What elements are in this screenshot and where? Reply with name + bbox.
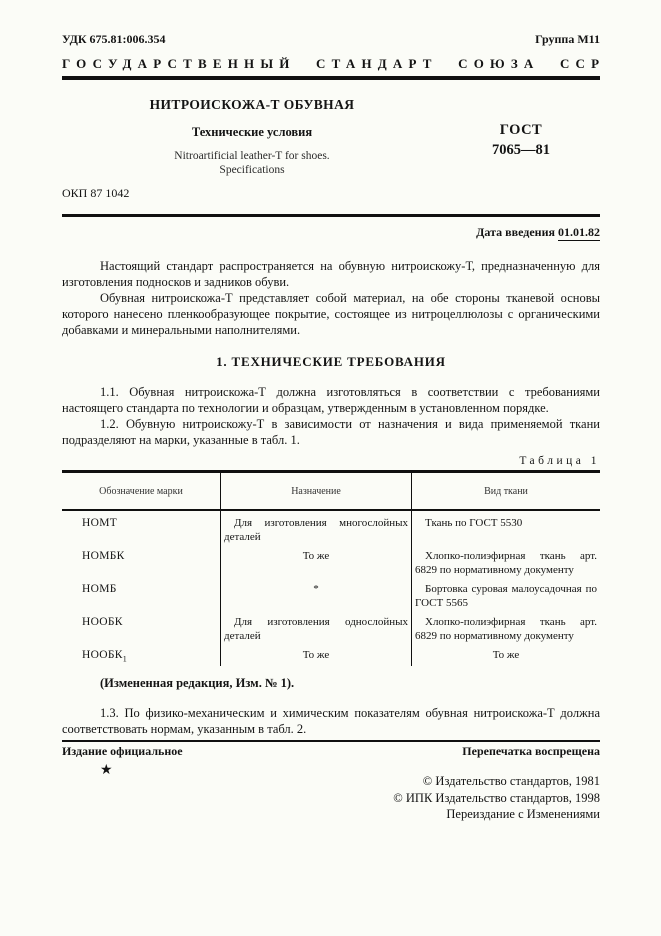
copyright-line-3: Переиздание с Изменениями — [62, 806, 600, 823]
page-content: УДК 675.81:006.354 Группа М11 ГОСУДАРСТВ… — [62, 0, 600, 737]
separator-rule — [62, 214, 600, 218]
title-en-line2: Specifications — [62, 163, 442, 177]
gost-number: 7065—81 — [442, 142, 600, 159]
cell-purpose: То же — [221, 544, 412, 577]
page-footer: Издание официальное Перепечатка воспреще… — [62, 740, 600, 823]
document-title-english: Nitroartificial leather-T for shoes. Spe… — [62, 149, 442, 177]
classification-row: УДК 675.81:006.354 Группа М11 — [62, 32, 600, 47]
table-row: НОМТ Для изготовления многослойных детал… — [62, 511, 600, 544]
intro-paragraph-2: Обувная нитроискожа-Т представляет собой… — [62, 290, 600, 338]
table-row: НОМБК То же Хлопко-полиэфирная ткань арт… — [62, 544, 600, 577]
cell-mark: НООБК — [62, 610, 221, 643]
title-en-line1: Nitroartificial leather-T for shoes. — [62, 149, 442, 163]
table-row: НООБК1 То же То же — [62, 643, 600, 666]
footer-rule — [62, 740, 600, 742]
reprint-prohibited-label: Перепечатка воспрещена — [462, 744, 600, 759]
copyright-line-1: © Издательство стандартов, 1981 — [62, 773, 600, 790]
cell-mark: НОМБК — [62, 544, 221, 577]
cell-purpose: Для изготовления многослойных деталей — [221, 511, 412, 544]
cell-purpose: То же — [221, 643, 412, 666]
cell-mark: НОМБ — [62, 577, 221, 610]
cell-fabric: То же — [412, 643, 600, 666]
cell-fabric: Бортовка суровая малоусадочная по ГОСТ 5… — [412, 577, 600, 610]
clause-1-3: 1.3. По физико-механическим и химическим… — [62, 705, 600, 737]
group-code: Группа М11 — [535, 32, 600, 47]
document-title: НИТРОИСКОЖА-Т ОБУВНАЯ — [62, 97, 442, 113]
cell-fabric: Хлопко-полиэфирная ткань арт. 6829 по но… — [412, 610, 600, 643]
udk-code: УДК 675.81:006.354 — [62, 32, 166, 47]
table-1: Обозначение марки Назначение Вид ткани Н… — [62, 470, 600, 666]
table-row: НОМБ * Бортовка суровая малоусадочная по… — [62, 577, 600, 610]
cell-purpose: Для изготовления однослойных деталей — [221, 610, 412, 643]
standard-type-line: ГОСУДАРСТВЕННЫЙ СТАНДАРТ СОЮЗА ССР — [62, 56, 600, 72]
table-1-header-row: Обозначение марки Назначение Вид ткани — [62, 473, 600, 511]
cell-fabric: Ткань по ГОСТ 5530 — [412, 511, 600, 544]
date-value: 01.01.82 — [558, 225, 600, 241]
table-1-body: НОМТ Для изготовления многослойных детал… — [62, 511, 600, 666]
clause-1-2: 1.2. Обувную нитроискожу-Т в зависимости… — [62, 416, 600, 448]
document-page: УДК 675.81:006.354 Группа М11 ГОСУДАРСТВ… — [0, 0, 661, 936]
clause-1-1: 1.1. Обувная нитроискожа-Т должна изгото… — [62, 384, 600, 416]
okp-code: ОКП 87 1042 — [62, 186, 600, 201]
cell-fabric: Хлопко-полиэфирная ткань арт. 6829 по но… — [412, 544, 600, 577]
amendment-note: (Измененная редакция, Изм. № 1). — [62, 676, 600, 691]
column-header-fabric: Вид ткани — [412, 473, 600, 509]
cell-purpose: * — [221, 577, 412, 610]
header-rule — [62, 76, 600, 80]
section-1-heading: 1. ТЕХНИЧЕСКИЕ ТРЕБОВАНИЯ — [62, 354, 600, 370]
title-left-column: НИТРОИСКОЖА-Т ОБУВНАЯ Технические услови… — [62, 97, 442, 177]
cell-mark: НООБК1 — [62, 643, 221, 666]
document-subtitle: Технические условия — [62, 125, 442, 140]
column-header-purpose: Назначение — [221, 473, 412, 509]
table-row: НООБК Для изготовления однослойных детал… — [62, 610, 600, 643]
mark-subscript: 1 — [123, 654, 127, 663]
gost-label: ГОСТ — [442, 122, 600, 139]
table-1-label: Таблица 1 — [62, 455, 600, 467]
official-edition-label: Издание официальное — [62, 744, 183, 759]
title-block: НИТРОИСКОЖА-Т ОБУВНАЯ Технические услови… — [62, 97, 600, 177]
copyright-block: © Издательство стандартов, 1981 © ИПК Из… — [62, 773, 600, 823]
intro-paragraph-1: Настоящий стандарт распространяется на о… — [62, 258, 600, 290]
copyright-line-2: © ИПК Издательство стандартов, 1998 — [62, 790, 600, 807]
introduction-date: Дата введения 01.01.82 — [62, 225, 600, 240]
cell-mark: НОМТ — [62, 511, 221, 544]
footer-notices: Издание официальное Перепечатка воспреще… — [62, 744, 600, 759]
date-label: Дата введения — [476, 225, 555, 239]
gost-designation: ГОСТ 7065—81 — [442, 97, 600, 177]
column-header-mark: Обозначение марки — [62, 473, 221, 509]
